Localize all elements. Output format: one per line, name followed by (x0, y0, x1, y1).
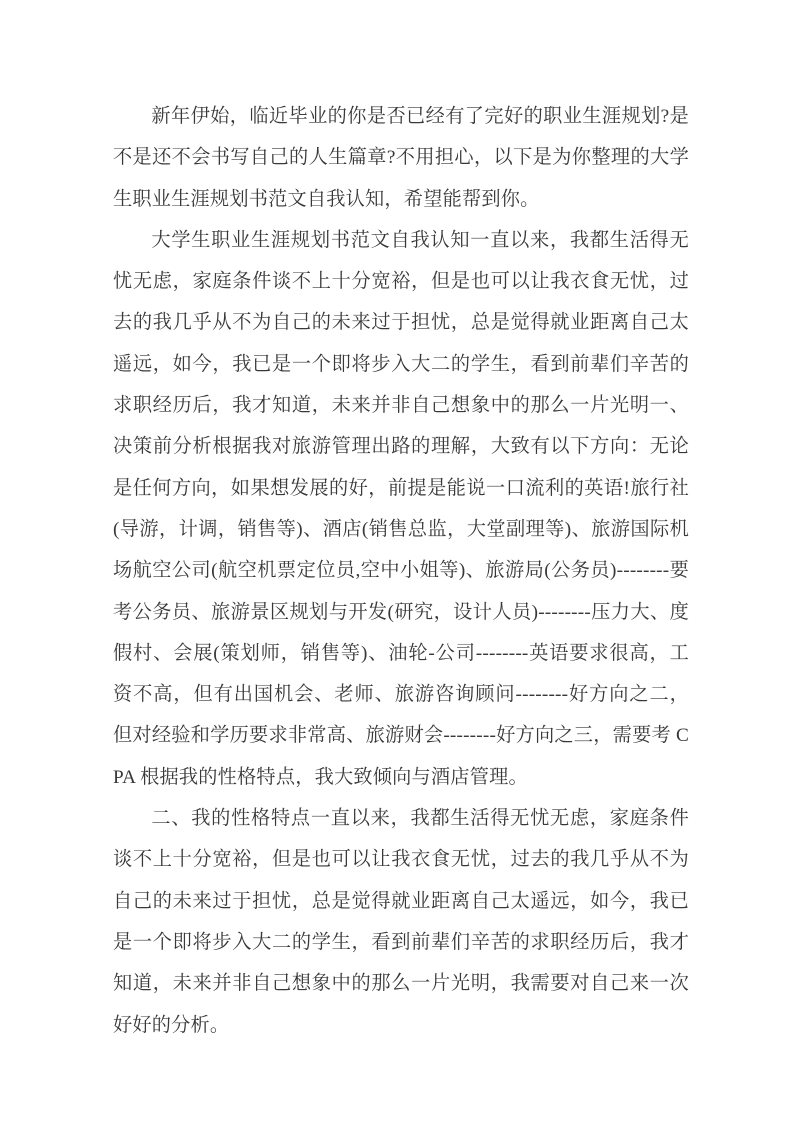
document-page: 新年伊始，临近毕业的你是否已经有了完好的职业生涯规划?是不是还不会书写自己的人生… (0, 0, 793, 1122)
paragraph-intro: 新年伊始，临近毕业的你是否已经有了完好的职业生涯规划?是不是还不会书写自己的人生… (113, 96, 689, 220)
document-text-block: 新年伊始，临近毕业的你是否已经有了完好的职业生涯规划?是不是还不会书写自己的人生… (113, 96, 689, 1046)
paragraph-personality-traits: 二、我的性格特点一直以来，我都生活得无忧无虑，家庭条件谈不上十分宽裕，但是也可以… (113, 798, 689, 1046)
paragraph-self-cognition-and-decision-analysis: 大学生职业生涯规划书范文自我认知一直以来，我都生活得无忧无虑，家庭条件谈不上十分… (113, 220, 689, 798)
